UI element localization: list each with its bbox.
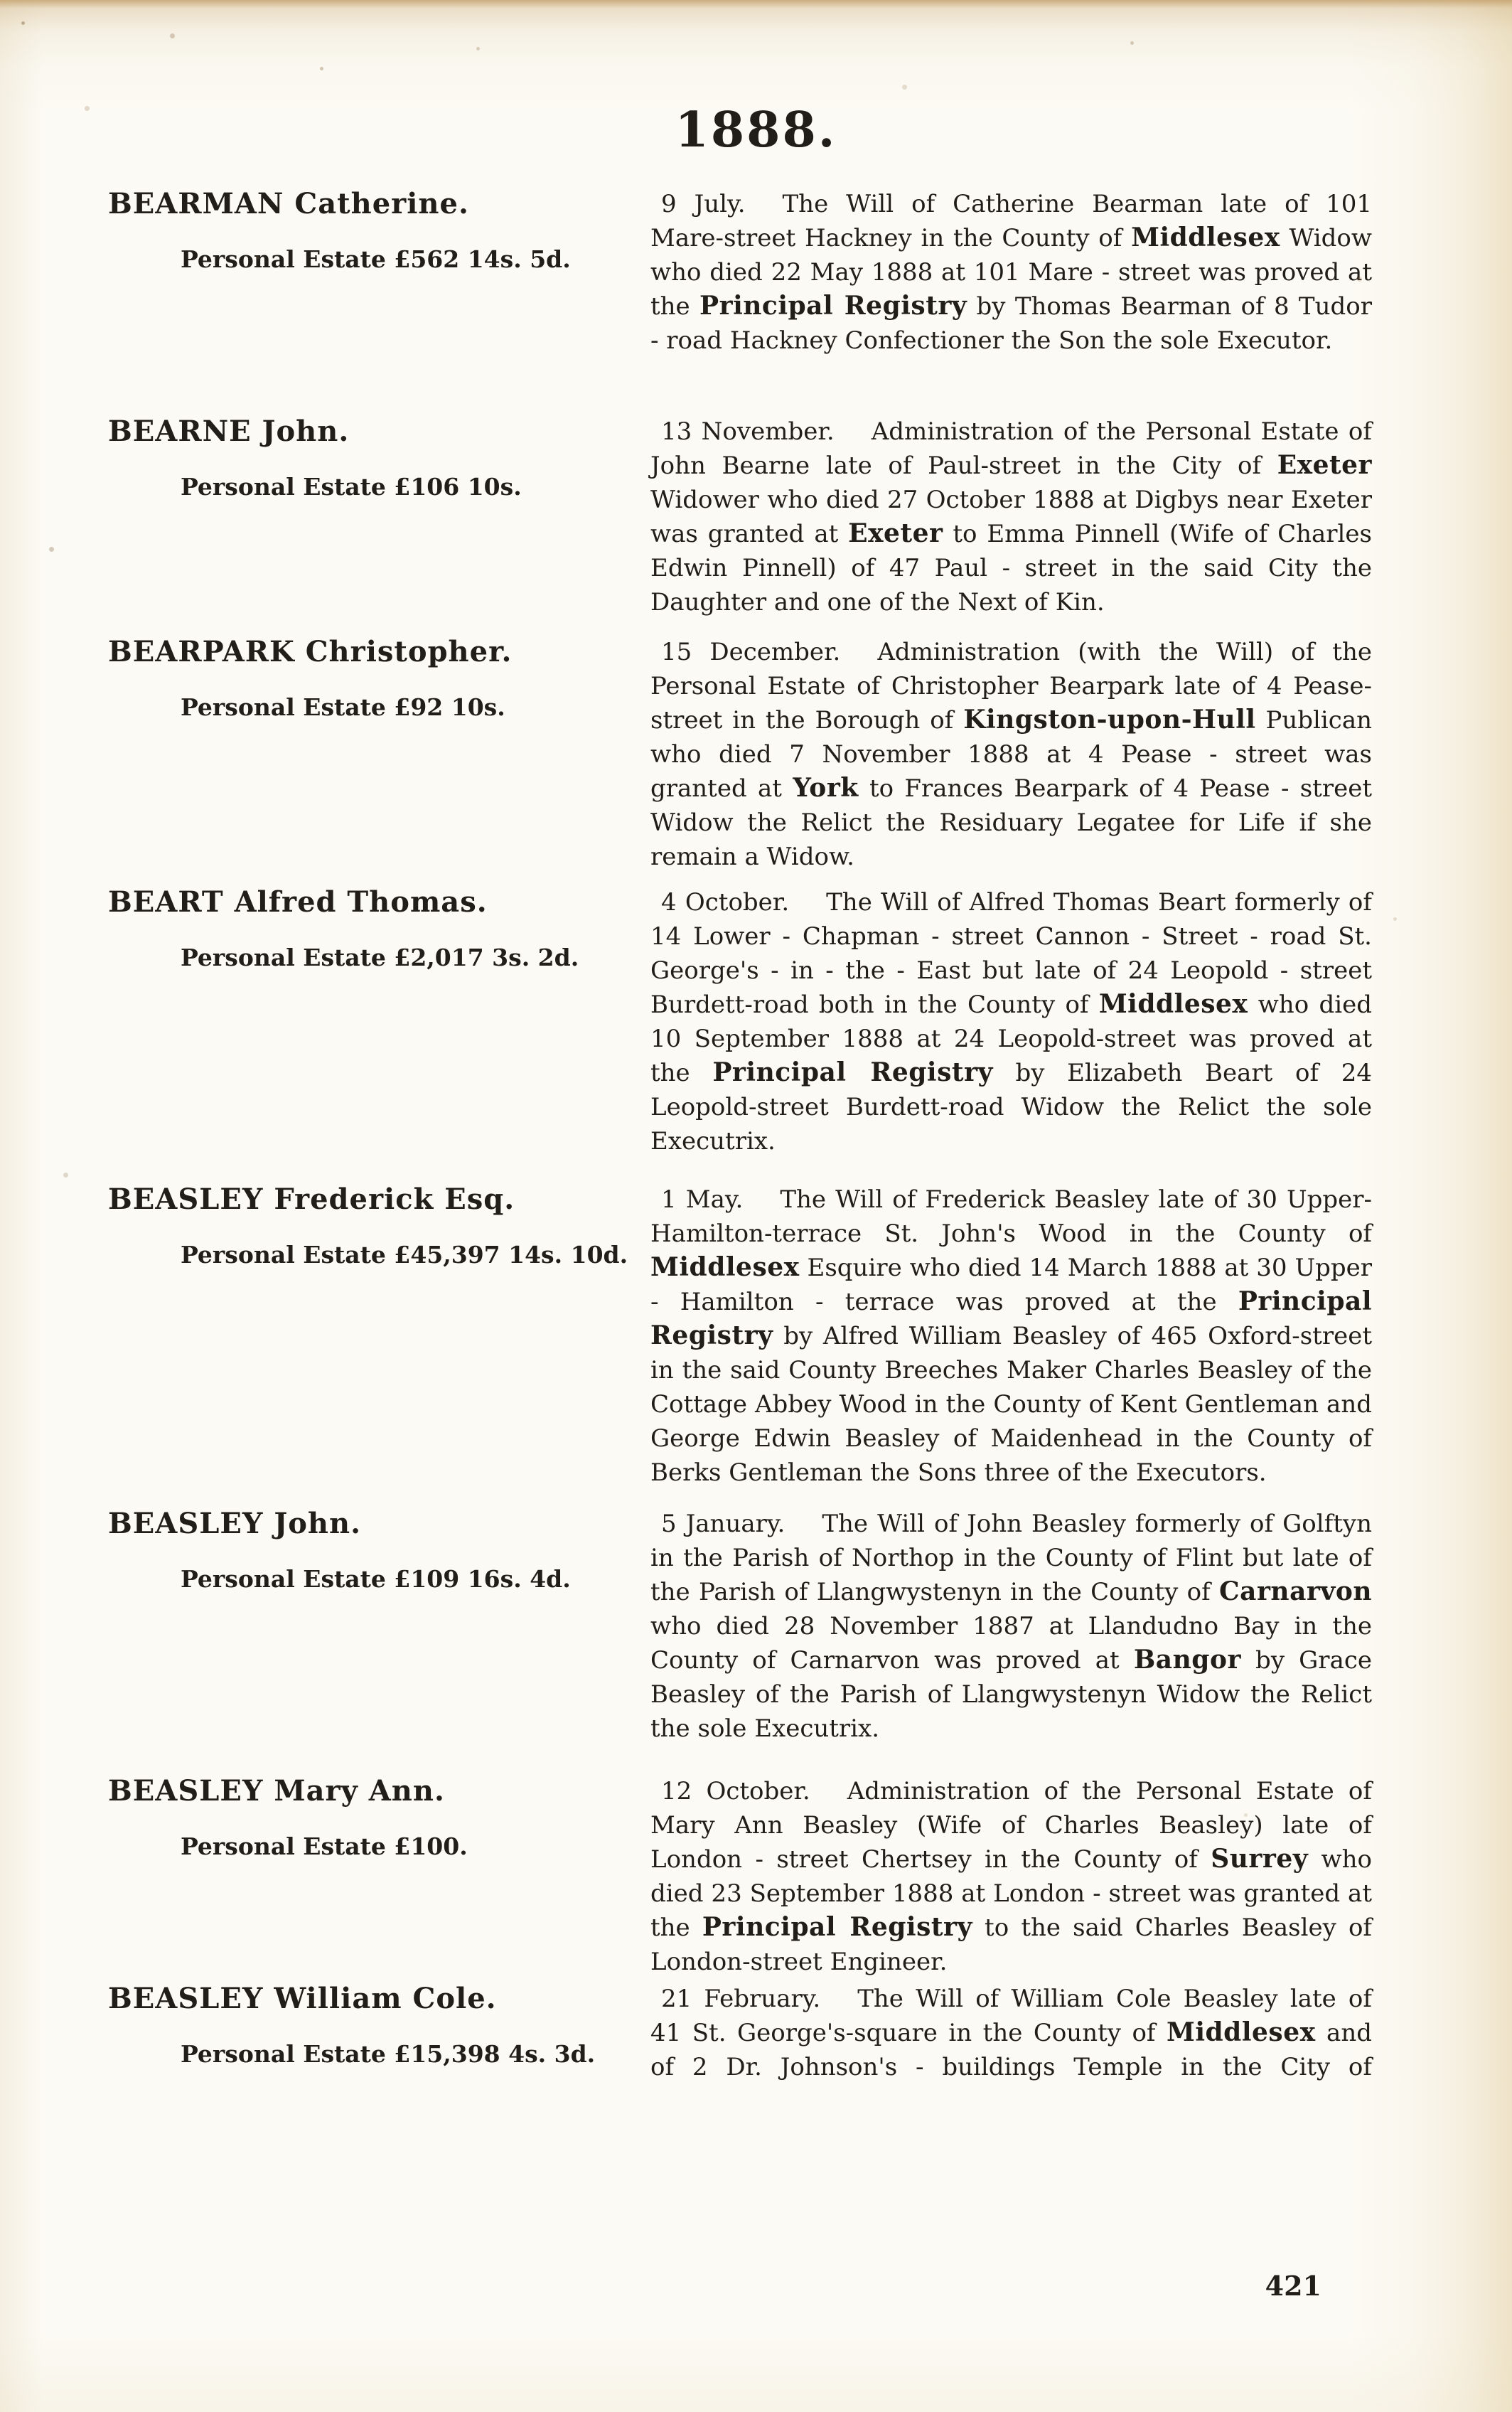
entry-name: BEASLEY Mary Ann. bbox=[108, 1774, 650, 1808]
entry-grant-date: 12 October. bbox=[661, 1777, 810, 1805]
entry-estate-value: Personal Estate £106 10s. bbox=[181, 473, 650, 501]
entry-text-bold-segment: Surrey bbox=[1211, 1844, 1308, 1874]
probate-entry: BEARMAN Catherine. Personal Estate £562 … bbox=[0, 187, 1512, 358]
entry-name: BEART Alfred Thomas. bbox=[108, 885, 650, 919]
entry-right-column: 4 October.The Will of Alfred Thomas Bear… bbox=[650, 885, 1372, 1158]
entry-grant-date: 21 February. bbox=[661, 1985, 820, 2013]
entry-grant-date: 15 December. bbox=[661, 638, 840, 666]
entry-text-bold-segment: Carnarvon bbox=[1219, 1576, 1372, 1606]
entry-name: BEARMAN Catherine. bbox=[108, 187, 650, 221]
probate-entry: BEART Alfred Thomas. Personal Estate £2,… bbox=[0, 885, 1512, 1158]
year-heading: 1888. bbox=[0, 0, 1512, 157]
entry-estate-value: Personal Estate £562 14s. 5d. bbox=[181, 245, 650, 274]
entry-body-text: 21 February.The Will of William Cole Bea… bbox=[650, 1982, 1372, 2084]
entry-left-column: BEARNE John. Personal Estate £106 10s. bbox=[0, 415, 650, 501]
entry-estate-value: Personal Estate £100. bbox=[181, 1832, 650, 1861]
entry-name: BEARNE John. bbox=[108, 415, 650, 449]
entry-text-bold-segment: Middlesex bbox=[1131, 223, 1280, 252]
entry-grant-date: 13 November. bbox=[661, 417, 835, 446]
entry-body-text: 12 October.Administration of the Persona… bbox=[650, 1774, 1372, 1979]
entry-body-text: 9 July.The Will of Catherine Bearman lat… bbox=[650, 187, 1372, 358]
probate-entry: BEASLEY William Cole. Personal Estate £1… bbox=[0, 1982, 1512, 2084]
entry-left-column: BEASLEY Mary Ann. Personal Estate £100. bbox=[0, 1774, 650, 1861]
entry-grant-date: 4 October. bbox=[661, 888, 789, 917]
entry-body-text: 13 November.Administration of the Person… bbox=[650, 415, 1372, 619]
entry-right-column: 12 October.Administration of the Persona… bbox=[650, 1774, 1372, 1979]
entry-text-bold-segment: Kingston-upon-Hull bbox=[963, 705, 1255, 735]
entry-text-bold-segment: Principal Registry bbox=[699, 291, 967, 321]
entry-estate-value: Personal Estate £2,017 3s. 2d. bbox=[181, 944, 650, 972]
entry-left-column: BEARMAN Catherine. Personal Estate £562 … bbox=[0, 187, 650, 274]
entry-left-column: BEASLEY John. Personal Estate £109 16s. … bbox=[0, 1507, 650, 1594]
entry-right-column: 1 May.The Will of Frederick Beasley late… bbox=[650, 1183, 1372, 1490]
entry-text-bold-segment: Bangor bbox=[1134, 1645, 1241, 1675]
entries-list: BEARMAN Catherine. Personal Estate £562 … bbox=[0, 187, 1512, 2084]
entry-left-column: BEARPARK Christopher. Personal Estate £9… bbox=[0, 635, 650, 722]
entry-text-bold-segment: Middlesex bbox=[650, 1252, 800, 1282]
entry-body-text: 1 May.The Will of Frederick Beasley late… bbox=[650, 1183, 1372, 1490]
page-number: 421 bbox=[1265, 2270, 1321, 2302]
probate-entry: BEARPARK Christopher. Personal Estate £9… bbox=[0, 635, 1512, 874]
entry-name: BEASLEY William Cole. bbox=[108, 1982, 650, 2016]
entry-text-bold-segment: Exeter bbox=[848, 518, 943, 548]
entry-left-column: BEASLEY William Cole. Personal Estate £1… bbox=[0, 1982, 650, 2069]
entry-right-column: 13 November.Administration of the Person… bbox=[650, 415, 1372, 619]
scan-artifact-specks bbox=[21, 21, 25, 25]
entry-left-column: BEART Alfred Thomas. Personal Estate £2,… bbox=[0, 885, 650, 972]
probate-entry: BEASLEY Frederick Esq. Personal Estate £… bbox=[0, 1183, 1512, 1490]
entry-grant-date: 5 January. bbox=[661, 1510, 785, 1538]
entry-name: BEASLEY John. bbox=[108, 1507, 650, 1541]
entry-text-bold-segment: York bbox=[793, 773, 859, 803]
entry-name: BEASLEY Frederick Esq. bbox=[108, 1183, 650, 1217]
entry-text-bold-segment: Exeter bbox=[1277, 450, 1372, 480]
entry-right-column: 5 January.The Will of John Beasley forme… bbox=[650, 1507, 1372, 1746]
entry-estate-value: Personal Estate £15,398 4s. 3d. bbox=[181, 2040, 650, 2069]
entry-grant-date: 9 July. bbox=[661, 190, 746, 218]
probate-entry: BEASLEY John. Personal Estate £109 16s. … bbox=[0, 1507, 1512, 1746]
entry-text-bold-segment: Principal Registry bbox=[712, 1057, 993, 1087]
entry-right-column: 21 February.The Will of William Cole Bea… bbox=[650, 1982, 1372, 2084]
entry-body-text: 5 January.The Will of John Beasley forme… bbox=[650, 1507, 1372, 1746]
entry-estate-value: Personal Estate £92 10s. bbox=[181, 693, 650, 722]
entry-estate-value: Personal Estate £109 16s. 4d. bbox=[181, 1565, 650, 1594]
entry-text-bold-segment: Middlesex bbox=[1167, 2017, 1316, 2047]
entry-grant-date: 1 May. bbox=[661, 1185, 743, 1214]
entry-body-text: 15 December.Administration (with the Wil… bbox=[650, 635, 1372, 874]
entry-body-text: 4 October.The Will of Alfred Thomas Bear… bbox=[650, 885, 1372, 1158]
entry-left-column: BEASLEY Frederick Esq. Personal Estate £… bbox=[0, 1183, 650, 1269]
entry-text-bold-segment: Middlesex bbox=[1099, 989, 1248, 1019]
entry-text-bold-segment: Principal Registry bbox=[702, 1912, 972, 1942]
entry-text-segment: The Will of Frederick Beasley late of 30… bbox=[650, 1185, 1372, 1248]
entry-name: BEARPARK Christopher. bbox=[108, 635, 650, 669]
probate-calendar-page: 1888. BEARMAN Catherine. Personal Estate… bbox=[0, 0, 1512, 2412]
probate-entry: BEASLEY Mary Ann. Personal Estate £100. … bbox=[0, 1774, 1512, 1979]
probate-entry: BEARNE John. Personal Estate £106 10s. 1… bbox=[0, 415, 1512, 619]
entry-estate-value: Personal Estate £45,397 14s. 10d. bbox=[181, 1241, 650, 1269]
entry-right-column: 9 July.The Will of Catherine Bearman lat… bbox=[650, 187, 1372, 358]
entry-right-column: 15 December.Administration (with the Wil… bbox=[650, 635, 1372, 874]
